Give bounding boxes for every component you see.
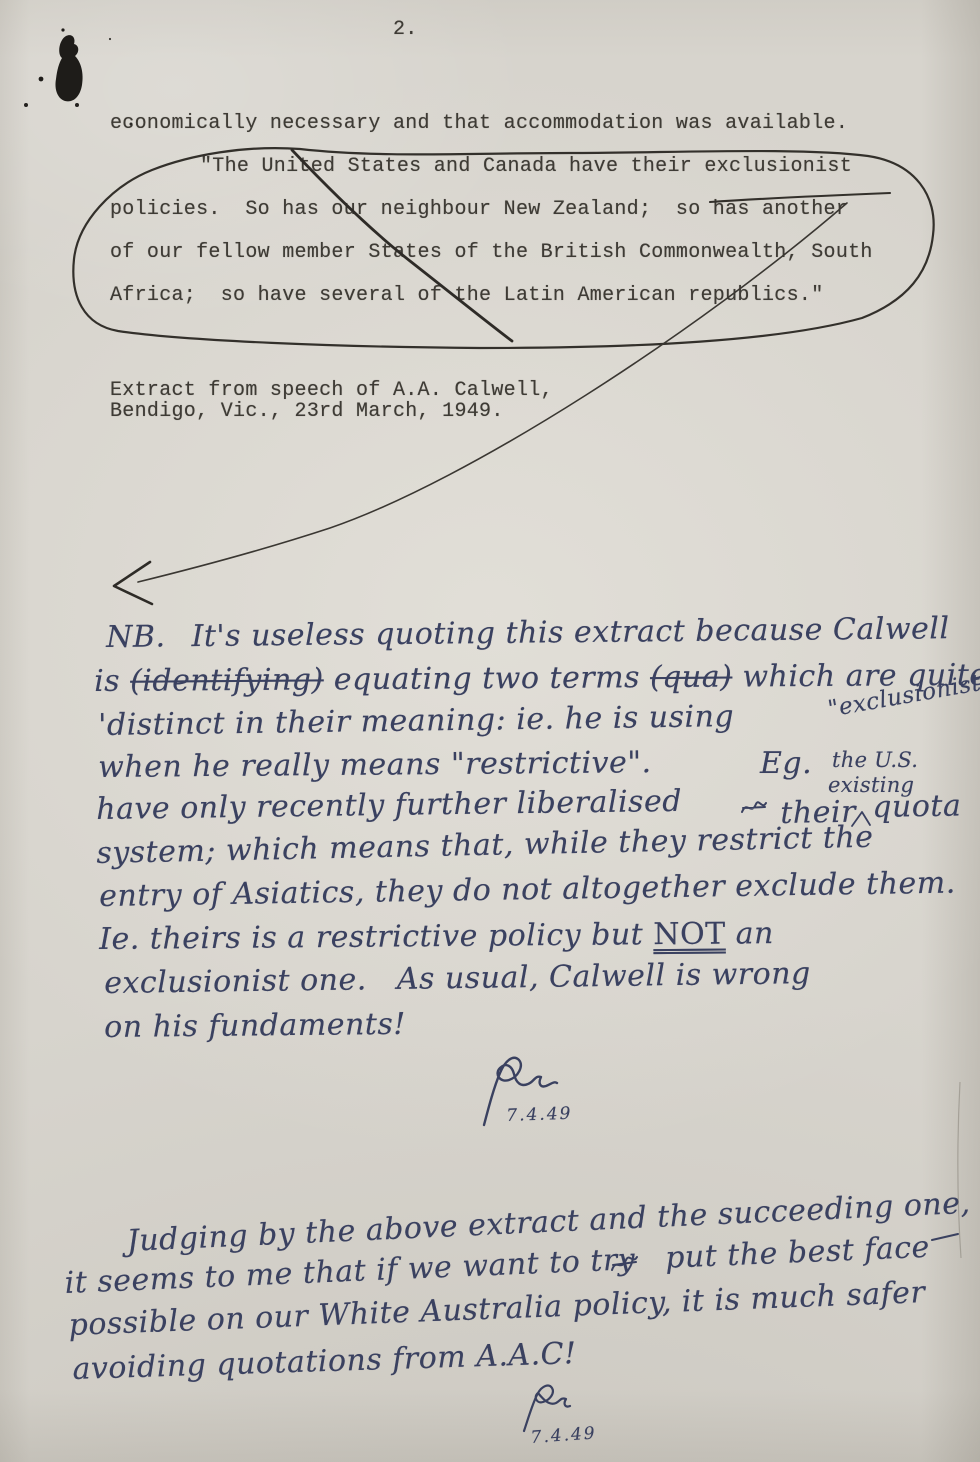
note1-line-9: exclusionist one. As usual, Calwell is w…	[104, 956, 811, 1001]
note1-line-8-post: an	[725, 916, 774, 951]
attribution-line-1: Extract from speech of A.A. Calwell,	[110, 379, 553, 402]
note1-line-2-struck-2: (qua)	[650, 660, 733, 696]
note1-line-5: have only recently further liberalised	[96, 784, 682, 827]
note1-line-8: Ie. theirs is a restrictive policy but N…	[99, 916, 774, 957]
note1-line5-scribble	[742, 802, 766, 812]
paper-fold-line	[958, 1082, 961, 1258]
note1-insertion-the-us: the U.S.	[832, 748, 918, 772]
note1-line-4: when he really means "restrictive".	[98, 745, 652, 785]
note2-line-4: avoiding quotations from A.A.C!	[72, 1336, 577, 1387]
quote-line-3: of our fellow member States of the Briti…	[110, 241, 873, 264]
arrow-head	[114, 562, 152, 604]
attribution-line-2: Bendigo, Vic., 23rd March, 1949.	[110, 400, 504, 423]
note1-line-4-eg: Eg.	[760, 746, 812, 781]
nb-label: NB.	[106, 619, 166, 655]
note1-line-1: NB.It's useless quoting this extract bec…	[106, 611, 950, 655]
note1-line-7: entry of Asiatics, they do not altogethe…	[99, 866, 956, 914]
signature-2-date: 7.4.49	[530, 1423, 597, 1448]
note1-line-8-pre: Ie. theirs is a restrictive policy but	[99, 917, 653, 957]
quote-line-4: Africa; so have several of the Latin Ame…	[110, 284, 824, 307]
ink-blot	[24, 28, 133, 125]
note1-line-2-mid: equating two terms	[324, 660, 651, 697]
quote-line-2: policies. So has our neighbour New Zeala…	[110, 198, 848, 221]
note1-line-10: on his fundaments!	[104, 1007, 406, 1045]
note2-line1-dash	[932, 1234, 958, 1240]
note1-line-5-quota: quota	[872, 788, 962, 825]
note1-line-1-text: It's useless quoting this extract becaus…	[191, 611, 949, 654]
intro-line: economically necessary and that accommod…	[110, 112, 848, 135]
quote-line-1: "The United States and Canada have their…	[200, 155, 852, 178]
scanned-document-page: 2. economically necessary and that accom…	[0, 0, 980, 1462]
note1-line-3: 'distinct in their meaning: ie. he is us…	[98, 699, 734, 743]
note1-line-8-not: NOT	[653, 917, 726, 953]
note1-line-2-struck-1: (identifying)	[130, 662, 324, 698]
signature-1-date: 7.4.49	[506, 1104, 573, 1126]
note1-line-6: system; which means that, while they res…	[96, 820, 874, 871]
signature-2-flourish	[524, 1386, 570, 1431]
note1-line-2-pre: is	[94, 664, 130, 699]
page-number: 2.	[393, 18, 418, 41]
